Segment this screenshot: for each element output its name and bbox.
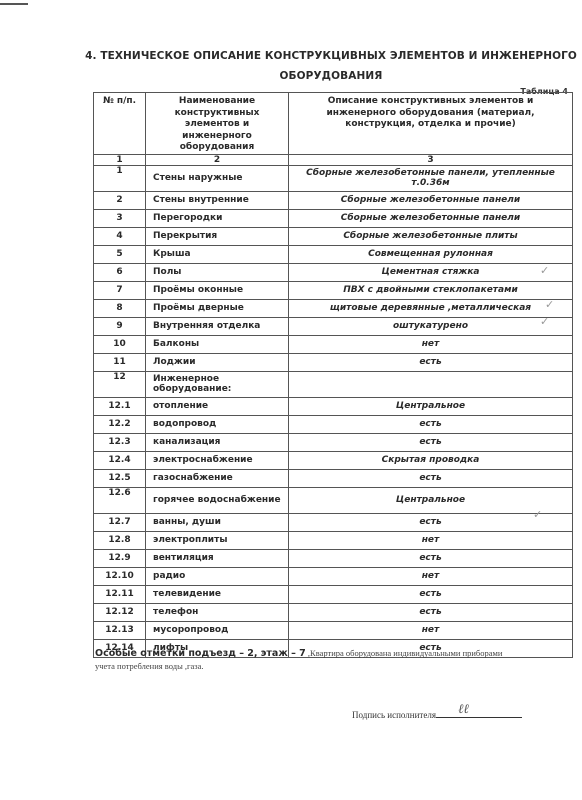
row-number: 10 [94, 335, 146, 353]
table-row: 12.7ванны, душиесть [94, 513, 573, 531]
row-name: электроплиты [146, 531, 289, 549]
row-description: Совмещенная рулонная [289, 245, 573, 263]
row-description: нет [289, 621, 573, 639]
row-number: 12.3 [94, 433, 146, 451]
construction-elements-table: № п/п. Наименование конструктивных элеме… [93, 92, 573, 658]
row-number: 3 [94, 209, 146, 227]
row-name: радио [146, 567, 289, 585]
row-number: 12.7 [94, 513, 146, 531]
row-name: горячее водоснабжение [146, 487, 289, 513]
row-description: нет [289, 567, 573, 585]
check-mark-icon: ✓ [540, 264, 549, 277]
table-row: 12.12телефонесть [94, 603, 573, 621]
row-name: Инженерное оборудование: [146, 371, 289, 397]
table-row: 12.5газоснабжениеесть [94, 469, 573, 487]
row-description: Сборные железобетонные плиты [289, 227, 573, 245]
title-line-2: ОБОРУДОВАНИЯ [80, 66, 582, 86]
scan-artifact-line [0, 3, 28, 5]
row-description: Скрытая проводка [289, 451, 573, 469]
row-description: Центральное [289, 397, 573, 415]
row-name: телевидение [146, 585, 289, 603]
row-number: 12 [94, 371, 146, 397]
check-mark-icon: ✓ [545, 298, 554, 311]
row-name: отопление [146, 397, 289, 415]
row-name: ванны, души [146, 513, 289, 531]
row-number: 7 [94, 281, 146, 299]
row-description: есть [289, 469, 573, 487]
row-name: мусоропровод [146, 621, 289, 639]
special-notes: Особые отметки подъезд – 2, этаж – 7 ,Кв… [95, 647, 575, 673]
table-row: 12.11телевидениеесть [94, 585, 573, 603]
column-index-row: 1 2 3 [94, 154, 573, 165]
table-row: 12.9вентиляцияесть [94, 549, 573, 567]
row-description: Центральное [289, 487, 573, 513]
row-description: есть [289, 549, 573, 567]
table-row: 6ПолыЦементная стяжка [94, 263, 573, 281]
row-description: щитовые деревянные ,металлическая [289, 299, 573, 317]
table-row: 3ПерегородкиСборные железобетонные панел… [94, 209, 573, 227]
table-row: 1Стены наружныеСборные железобетонные па… [94, 165, 573, 191]
row-description: ПВХ с двойными стеклопакетами [289, 281, 573, 299]
row-name: Крыша [146, 245, 289, 263]
row-description: есть [289, 585, 573, 603]
table-row: 10Балконынет [94, 335, 573, 353]
table-row: 12.8электроплитынет [94, 531, 573, 549]
table-row: 12.13мусоропроводнет [94, 621, 573, 639]
row-number: 12.6 [94, 487, 146, 513]
table-row: 2Стены внутренниеСборные железобетонные … [94, 191, 573, 209]
row-name: Лоджии [146, 353, 289, 371]
row-number: 12.9 [94, 549, 146, 567]
row-number: 12.8 [94, 531, 146, 549]
row-number: 1 [94, 165, 146, 191]
row-name: Перегородки [146, 209, 289, 227]
row-name: телефон [146, 603, 289, 621]
row-number: 4 [94, 227, 146, 245]
document-title: 4. ТЕХНИЧЕСКОЕ ОПИСАНИЕ КОНСТРУКЦИВНЫХ Э… [80, 46, 582, 86]
check-mark-icon: ✓ [533, 508, 542, 521]
row-number: 6 [94, 263, 146, 281]
row-name: Внутренняя отделка [146, 317, 289, 335]
table-row: 5КрышаСовмещенная рулонная [94, 245, 573, 263]
notes-label: Особые отметки подъезд – 2, этаж – 7 [95, 648, 306, 659]
row-name: водопровод [146, 415, 289, 433]
row-name: электроснабжение [146, 451, 289, 469]
column-index: 1 [94, 154, 146, 165]
row-number: 12.5 [94, 469, 146, 487]
row-number: 12.2 [94, 415, 146, 433]
signature-line: ℓℓ [436, 707, 522, 718]
row-name: Проёмы оконные [146, 281, 289, 299]
table-row: 12.10радионет [94, 567, 573, 585]
row-description [289, 371, 573, 397]
notes-text-2: учета потребления воды ,газа. [95, 661, 204, 671]
row-number: 12.13 [94, 621, 146, 639]
row-description: нет [289, 335, 573, 353]
table-row: 11Лоджииесть [94, 353, 573, 371]
row-name: Полы [146, 263, 289, 281]
row-description: есть [289, 603, 573, 621]
check-mark-icon: ✓ [540, 315, 549, 328]
row-name: канализация [146, 433, 289, 451]
row-name: газоснабжение [146, 469, 289, 487]
column-index: 2 [146, 154, 289, 165]
row-number: 5 [94, 245, 146, 263]
table-row: 12.3канализацияесть [94, 433, 573, 451]
table-row: 8Проёмы дверныещитовые деревянные ,метал… [94, 299, 573, 317]
row-description: оштукатурено [289, 317, 573, 335]
row-number: 12.12 [94, 603, 146, 621]
notes-text-1: ,Квартира оборудована индивидуальными пр… [306, 648, 503, 658]
table-row: 12.6горячее водоснабжениеЦентральное [94, 487, 573, 513]
header-name: Наименование конструктивных элементов и … [146, 93, 289, 155]
header-number: № п/п. [94, 93, 146, 155]
signature-label: Подпись исполнителя [352, 710, 436, 720]
table-row: 9Внутренняя отделкаоштукатурено [94, 317, 573, 335]
row-description: есть [289, 353, 573, 371]
row-number: 9 [94, 317, 146, 335]
table-row: 4ПерекрытияСборные железобетонные плиты [94, 227, 573, 245]
table-row: 12.1отоплениеЦентральное [94, 397, 573, 415]
table-row: 7Проёмы оконныеПВХ с двойными стеклопаке… [94, 281, 573, 299]
row-number: 12.11 [94, 585, 146, 603]
title-line-1: 4. ТЕХНИЧЕСКОЕ ОПИСАНИЕ КОНСТРУКЦИВНЫХ Э… [80, 46, 582, 66]
row-number: 12.4 [94, 451, 146, 469]
row-number: 12.1 [94, 397, 146, 415]
signature-mark: ℓℓ [458, 701, 469, 717]
column-index: 3 [289, 154, 573, 165]
row-description: Сборные железобетонные панели, утепленны… [289, 165, 573, 191]
row-name: Стены внутренние [146, 191, 289, 209]
row-name: вентиляция [146, 549, 289, 567]
table-row: 12.2водопроводесть [94, 415, 573, 433]
row-name: Балконы [146, 335, 289, 353]
row-description: есть [289, 513, 573, 531]
row-description: Сборные железобетонные панели [289, 191, 573, 209]
row-name: Стены наружные [146, 165, 289, 191]
table-body: 1Стены наружныеСборные железобетонные па… [94, 165, 573, 657]
row-number: 2 [94, 191, 146, 209]
header-description: Описание конструктивных элементов и инже… [289, 93, 573, 155]
row-number: 12.10 [94, 567, 146, 585]
row-description: Цементная стяжка [289, 263, 573, 281]
row-name: Проёмы дверные [146, 299, 289, 317]
table-row: 12.4электроснабжениеСкрытая проводка [94, 451, 573, 469]
table-header-row: № п/п. Наименование конструктивных элеме… [94, 93, 573, 155]
row-name: Перекрытия [146, 227, 289, 245]
table-row: 12Инженерное оборудование: [94, 371, 573, 397]
row-description: есть [289, 433, 573, 451]
row-number: 8 [94, 299, 146, 317]
row-description: есть [289, 415, 573, 433]
row-description: нет [289, 531, 573, 549]
row-number: 11 [94, 353, 146, 371]
row-description: Сборные железобетонные панели [289, 209, 573, 227]
signature-block: Подпись исполнителяℓℓ [352, 707, 522, 720]
